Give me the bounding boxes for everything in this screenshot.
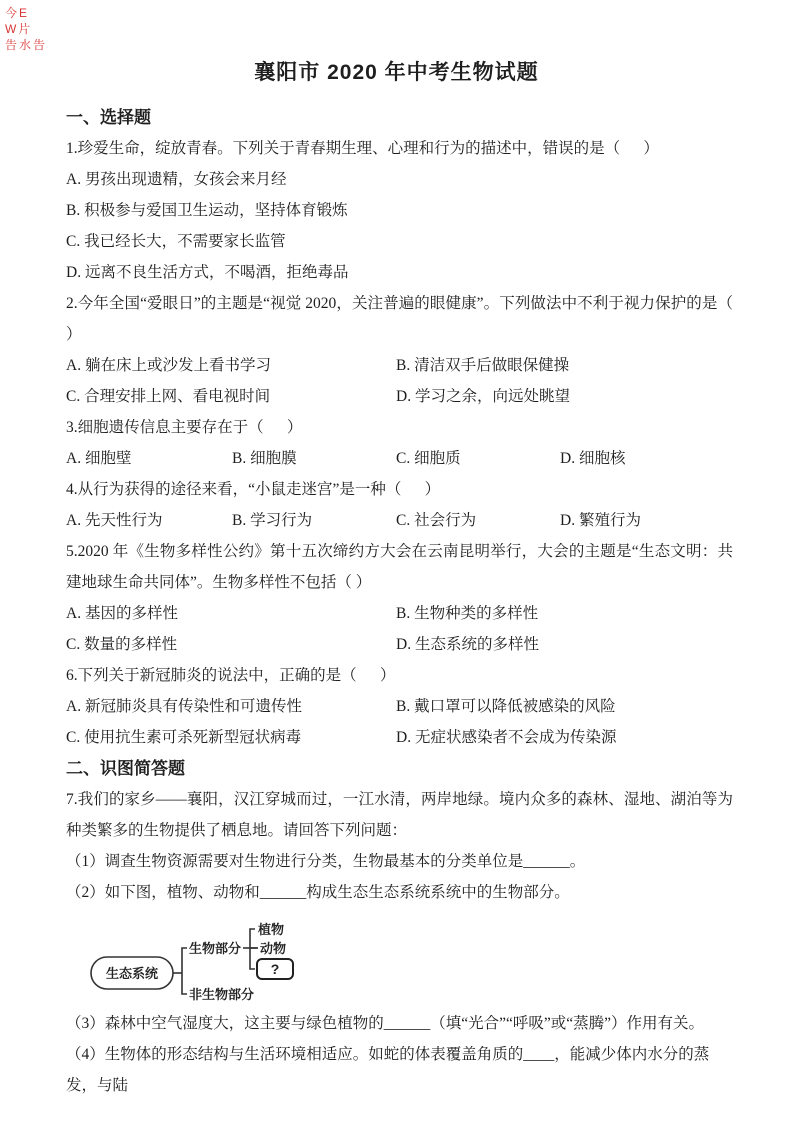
question-2-options-row-1: A. 躺在床上或沙发上看书学习 B. 清洁双手后做眼保健操	[66, 350, 733, 381]
nonbio-part-label: 非生物部分	[189, 987, 254, 1002]
question-7-part-4: （4）生物体的形态结构与生活环境相适应。如蛇的体表覆盖角质的____，能减少体内…	[66, 1039, 733, 1101]
question-2-option-b: B. 清洁双手后做眼保健操	[396, 350, 569, 381]
question-7-part-3: （3）森林中空气湿度大，这主要与绿色植物的______（填“光合”“呼吸”或“蒸…	[66, 1008, 733, 1039]
question-5-options-row-2: C. 数量的多样性 D. 生态系统的多样性	[66, 629, 733, 660]
bracket-plant-animal	[250, 929, 255, 969]
question-1-option-b: B. 积极参与爱国卫生运动，坚持体育锻炼	[66, 195, 733, 226]
question-5-option-d: D. 生态系统的多样性	[396, 629, 539, 660]
question-4-option-d: D. 繁殖行为	[560, 505, 641, 536]
question-2-option-d: D. 学习之余，向远处眺望	[396, 381, 570, 412]
question-6-option-b: B. 戴口罩可以降低被感染的风险	[396, 691, 616, 722]
question-1-stem: 1.珍爱生命，绽放青春。下列关于青春期生理、心理和行为的描述中，错误的是（ ）	[66, 133, 733, 164]
question-2-option-a: A. 躺在床上或沙发上看书学习	[66, 350, 396, 381]
question-4-option-c: C. 社会行为	[396, 505, 560, 536]
question-4-options-row: A. 先天性行为 B. 学习行为 C. 社会行为 D. 繁殖行为	[66, 505, 733, 536]
question-1-option-a: A. 男孩出现遗精，女孩会来月经	[66, 164, 733, 195]
question-mark-label: ?	[271, 961, 280, 977]
question-7-part-2: （2）如下图，植物、动物和______构成生态生态系统系统中的生物部分。	[66, 877, 733, 908]
question-2-options-row-2: C. 合理安排上网、看电视时间 D. 学习之余，向远处眺望	[66, 381, 733, 412]
watermark-line: 告水告	[5, 37, 47, 53]
question-5-stem: 5.2020 年《生物多样性公约》第十五次缔约方大会在云南昆明举行，大会的主题是…	[66, 536, 733, 598]
section-1-heading: 一、选择题	[66, 102, 733, 133]
document-body: 一、选择题 1.珍爱生命，绽放青春。下列关于青春期生理、心理和行为的描述中，错误…	[0, 88, 793, 1101]
question-6-options-row-2: C. 使用抗生素可杀死新型冠状病毒 D. 无症状感染者不会成为传染源	[66, 722, 733, 753]
question-1-option-d: D. 远离不良生活方式，不喝酒，拒绝毒品	[66, 257, 733, 288]
question-3-stem: 3.细胞遗传信息主要存在于（ ）	[66, 412, 733, 443]
bracket-bio-nonbio	[182, 948, 187, 994]
watermark-line: 今E	[5, 5, 47, 21]
question-6-option-c: C. 使用抗生素可杀死新型冠状病毒	[66, 722, 396, 753]
question-6-option-d: D. 无症状感染者不会成为传染源	[396, 722, 616, 753]
question-5-options-row-1: A. 基因的多样性 B. 生物种类的多样性	[66, 598, 733, 629]
bio-part-label: 生物部分	[189, 941, 241, 956]
exam-document-page: 今E W片 告水告 襄阳市 2020 年中考生物试题 一、选择题 1.珍爱生命，…	[0, 0, 793, 1122]
question-7-part-1: （1）调查生物资源需要对生物进行分类，生物最基本的分类单位是______。	[66, 846, 733, 877]
question-5-option-b: B. 生物种类的多样性	[396, 598, 538, 629]
question-5-option-c: C. 数量的多样性	[66, 629, 396, 660]
section-2-heading: 二、识图简答题	[66, 753, 733, 784]
question-6-options-row-1: A. 新冠肺炎具有传染性和可遗传性 B. 戴口罩可以降低被感染的风险	[66, 691, 733, 722]
question-5-option-a: A. 基因的多样性	[66, 598, 396, 629]
question-2-stem: 2.今年全国“爱眼日”的主题是“视觉 2020，关注普遍的眼健康”。下列做法中不…	[66, 288, 733, 350]
watermark-line: W片	[5, 21, 47, 37]
ecosystem-diagram: 生态系统 生物部分 非生物部分 植物 动物 ?	[88, 912, 328, 1008]
ecosystem-node-label: 生态系统	[106, 966, 158, 981]
question-4-stem: 4.从行为获得的途径来看，“小鼠走迷宫”是一种（ ）	[66, 474, 733, 505]
question-1-option-c: C. 我已经长大，不需要家长监管	[66, 226, 733, 257]
red-watermark-stamp: 今E W片 告水告	[5, 5, 47, 53]
question-3-option-d: D. 细胞核	[560, 443, 625, 474]
animal-label: 动物	[260, 941, 286, 956]
question-7-stem: 7.我们的家乡——襄阳，汉江穿城而过，一江水清，两岸地绿。境内众多的森林、湿地、…	[66, 784, 733, 846]
ecosystem-diagram-svg: 生态系统 生物部分 非生物部分 植物 动物 ?	[88, 912, 328, 1008]
question-3-option-b: B. 细胞膜	[232, 443, 396, 474]
plant-label: 植物	[258, 922, 284, 937]
document-title: 襄阳市 2020 年中考生物试题	[0, 0, 793, 88]
question-3-option-c: C. 细胞质	[396, 443, 560, 474]
question-6-stem: 6.下列关于新冠肺炎的说法中，正确的是（ ）	[66, 660, 733, 691]
question-4-option-a: A. 先天性行为	[66, 505, 232, 536]
question-3-option-a: A. 细胞壁	[66, 443, 232, 474]
question-6-option-a: A. 新冠肺炎具有传染性和可遗传性	[66, 691, 396, 722]
question-2-option-c: C. 合理安排上网、看电视时间	[66, 381, 396, 412]
question-3-options-row: A. 细胞壁 B. 细胞膜 C. 细胞质 D. 细胞核	[66, 443, 733, 474]
question-4-option-b: B. 学习行为	[232, 505, 396, 536]
